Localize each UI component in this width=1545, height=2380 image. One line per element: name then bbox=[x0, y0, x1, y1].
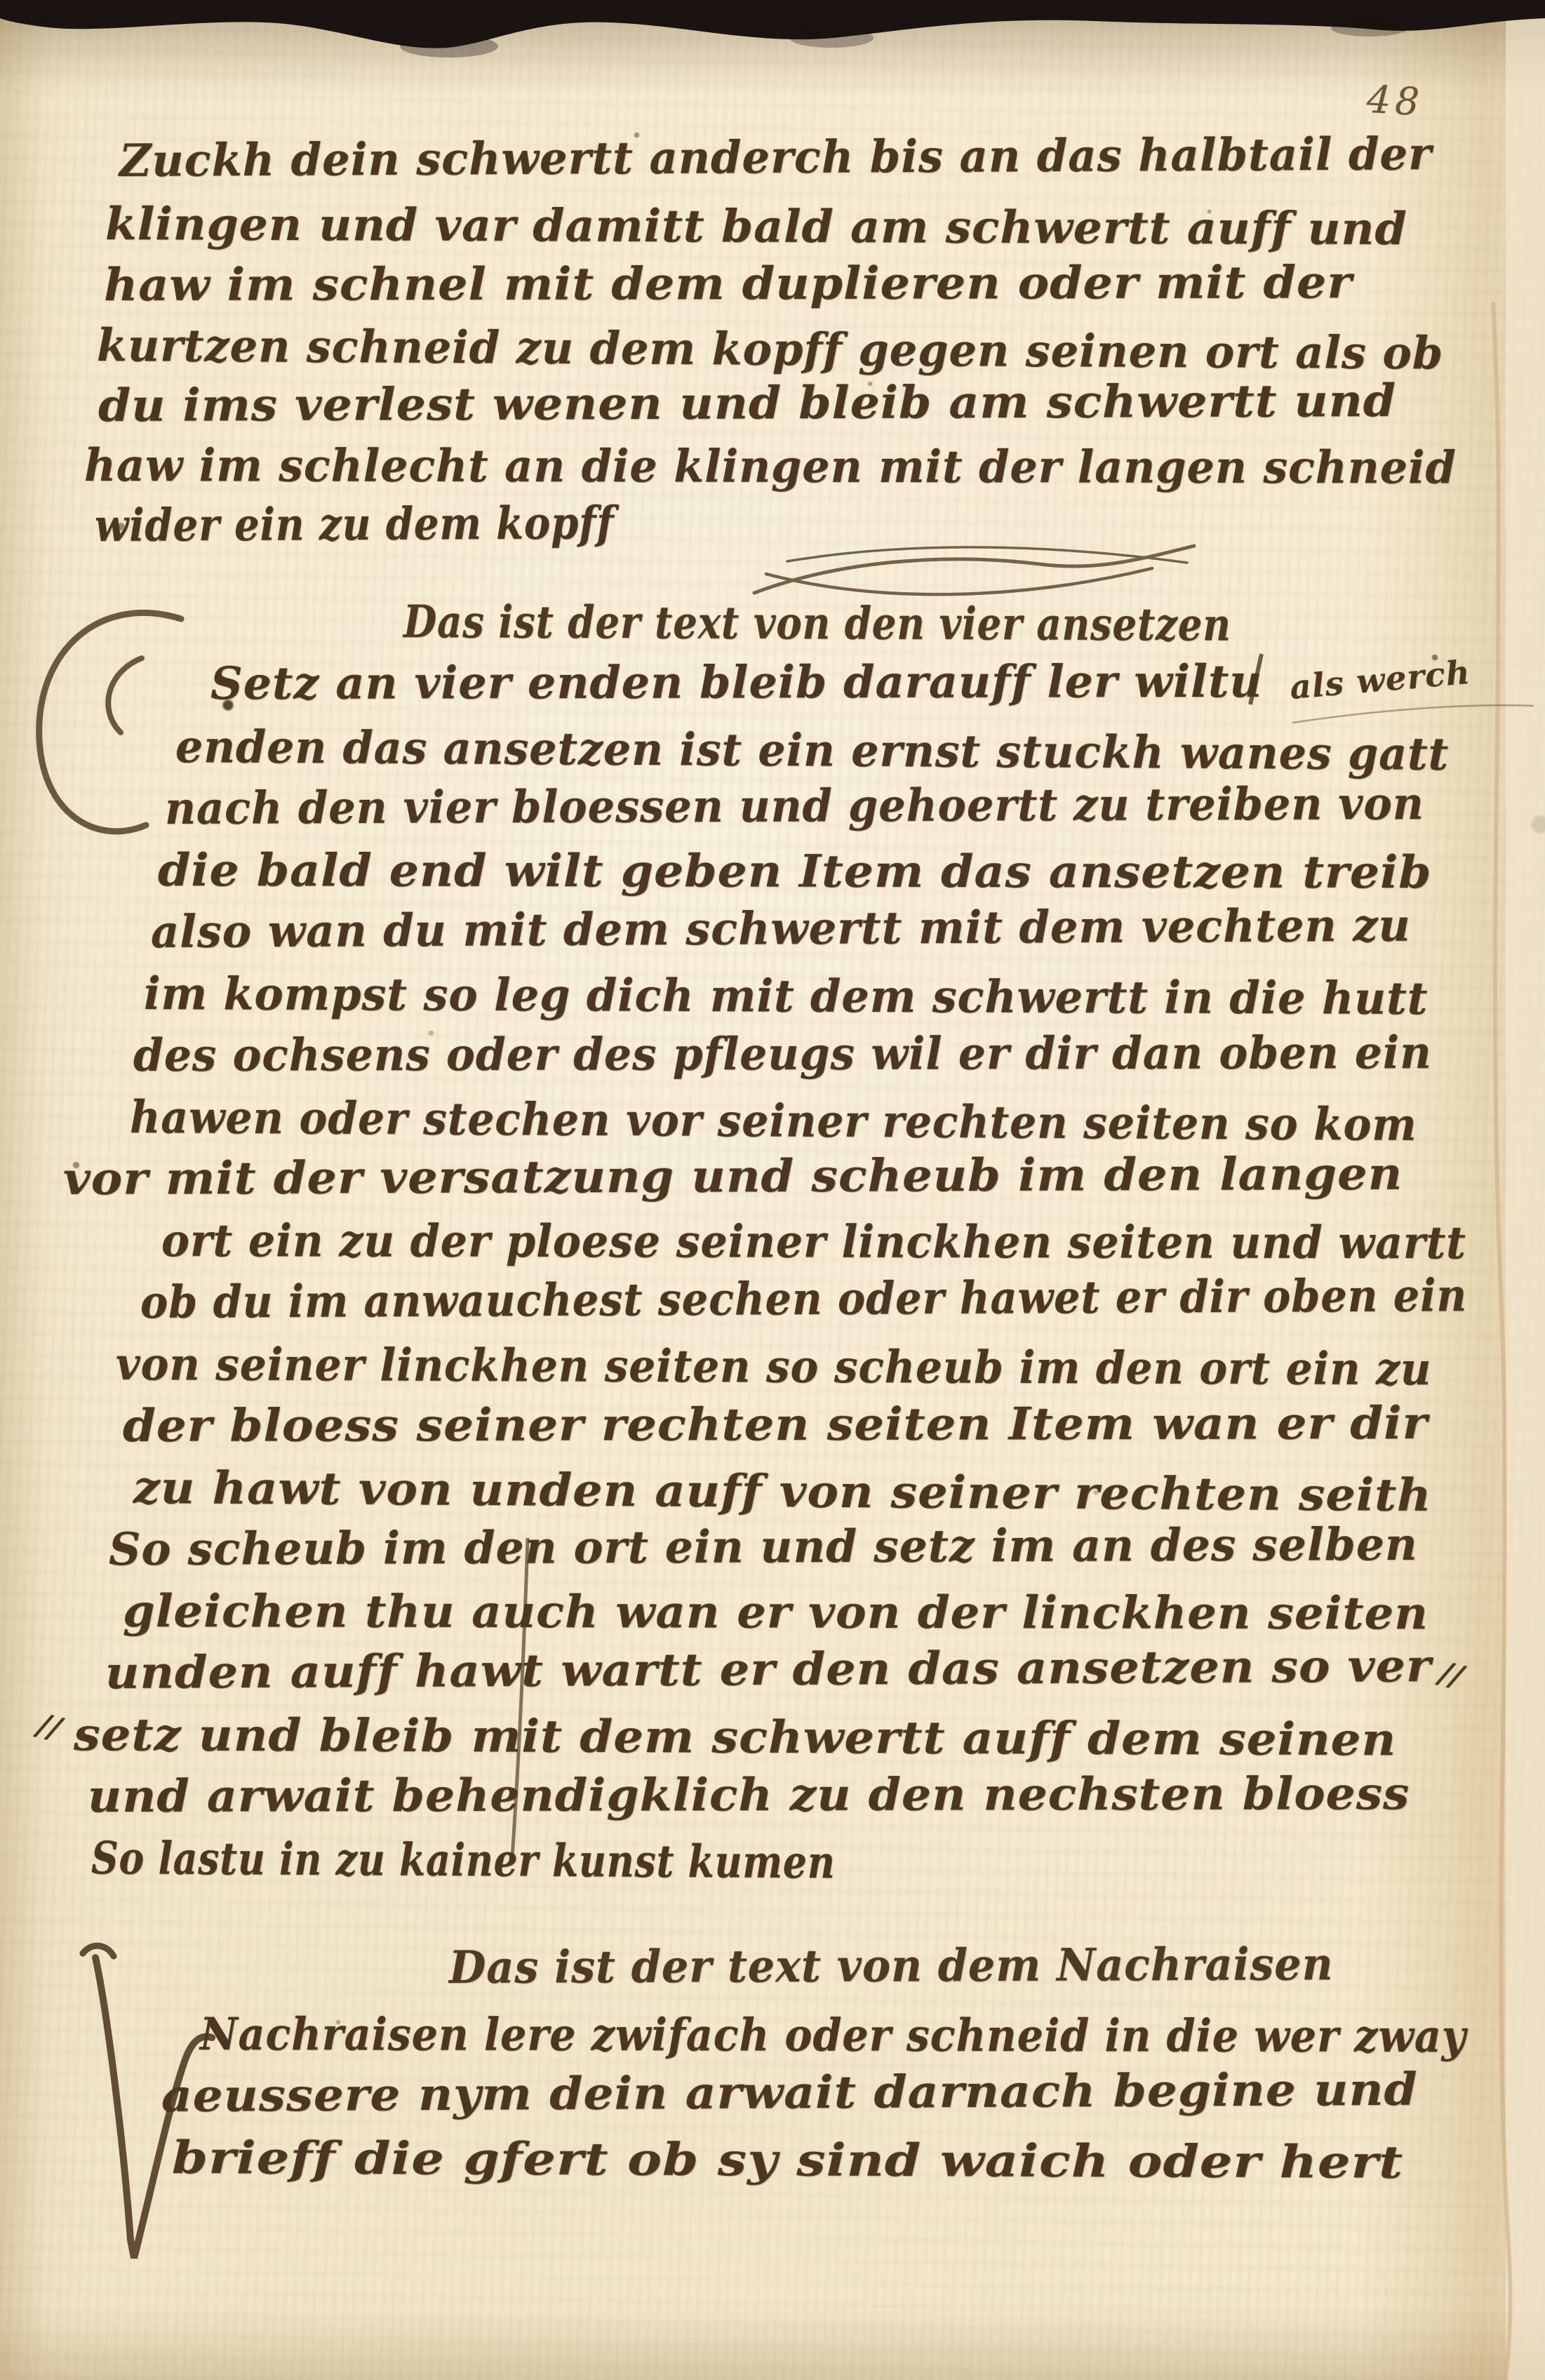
manuscript-line: vor mit der versatzung und scheub im den… bbox=[63, 1150, 1403, 1204]
manuscript-line: die bald end wilt geben Item das ansetze… bbox=[158, 846, 1432, 897]
manuscript-line: aeussere nym dein arwait darnach begine … bbox=[161, 2066, 1418, 2121]
manuscript-line: setz und bleib mit dem schwertt auff dem… bbox=[74, 1711, 1397, 1765]
manuscript-line: brieff die gfert ob sy sind waich oder h… bbox=[172, 2134, 1403, 2188]
manuscript-line: nach den vier bloessen und gehoertt zu t… bbox=[165, 780, 1424, 834]
folio-number: 48 bbox=[1365, 77, 1424, 124]
manuscript-line: des ochsens oder des pfleugs wil er dir … bbox=[133, 1029, 1432, 1081]
text-block: Zuckh dein schwertt anderch bis an das h… bbox=[0, 0, 1545, 2380]
manuscript-line: unden auff hawt wartt er den das ansetze… bbox=[105, 1642, 1431, 1698]
manuscript-line: der bloess seiner rechten seiten Item wa… bbox=[123, 1399, 1428, 1451]
manuscript-line: und arwait behendigklich zu den nechsten… bbox=[88, 1770, 1410, 1821]
manuscript-page: 48 als werch Zuckh dein schwertt anderch… bbox=[0, 0, 1545, 2380]
manuscript-line: hawen oder stechen vor seiner rechten se… bbox=[130, 1093, 1417, 1150]
manuscript-line: So scheub im den ort ein und setz im an … bbox=[109, 1520, 1418, 1575]
manuscript-line: enden das ansetzen ist ein ernst stuckh … bbox=[175, 723, 1449, 780]
manuscript-line: du ims verlest wenen und bleib am schwer… bbox=[98, 377, 1396, 431]
manuscript-line: zu hawt von unden auff von seiner rechte… bbox=[133, 1464, 1432, 1520]
manuscript-line: Setz an vier enden bleib darauff ler wil… bbox=[210, 657, 1262, 709]
manuscript-line: im kompst so leg dich mit dem schwertt i… bbox=[144, 970, 1429, 1024]
section-heading: Das ist der text von dem Nachraisen bbox=[449, 1940, 1334, 1993]
insertion-mark: // bbox=[34, 1707, 65, 1747]
insertion-mark: // bbox=[1436, 1655, 1466, 1695]
manuscript-line: haw im schnel mit dem duplieren oder mit… bbox=[104, 258, 1353, 310]
manuscript-line: So lastu in zu kainer kunst kumen bbox=[91, 1834, 836, 1887]
manuscript-line: gleichen thu auch wan er von der linckhe… bbox=[123, 1587, 1429, 1638]
manuscript-line: ob du im anwauchest sechen oder hawet er… bbox=[140, 1271, 1467, 1328]
manuscript-line: klingen und var damitt bald am schwertt … bbox=[105, 200, 1407, 254]
section-heading: Das ist der text von den vier ansetzen bbox=[403, 598, 1231, 650]
manuscript-line: Nachraisen lere zwifach oder schneid in … bbox=[200, 2010, 1466, 2061]
manuscript-line: wider ein zu dem kopff bbox=[95, 499, 615, 551]
manuscript-line: kurtzen schneid zu dem kopff gegen seine… bbox=[97, 321, 1444, 378]
manuscript-line: von seiner linckhen seiten so scheub im … bbox=[116, 1340, 1431, 1394]
manuscript-line: also wan du mit dem schwertt mit dem vec… bbox=[151, 902, 1411, 957]
manuscript-line: haw im schlecht an die klingen mit der l… bbox=[84, 441, 1457, 493]
manuscript-line: Zuckh dein schwertt anderch bis an das h… bbox=[119, 130, 1432, 186]
manuscript-line: ort ein zu der ploese seiner linckhen se… bbox=[161, 1217, 1466, 1268]
